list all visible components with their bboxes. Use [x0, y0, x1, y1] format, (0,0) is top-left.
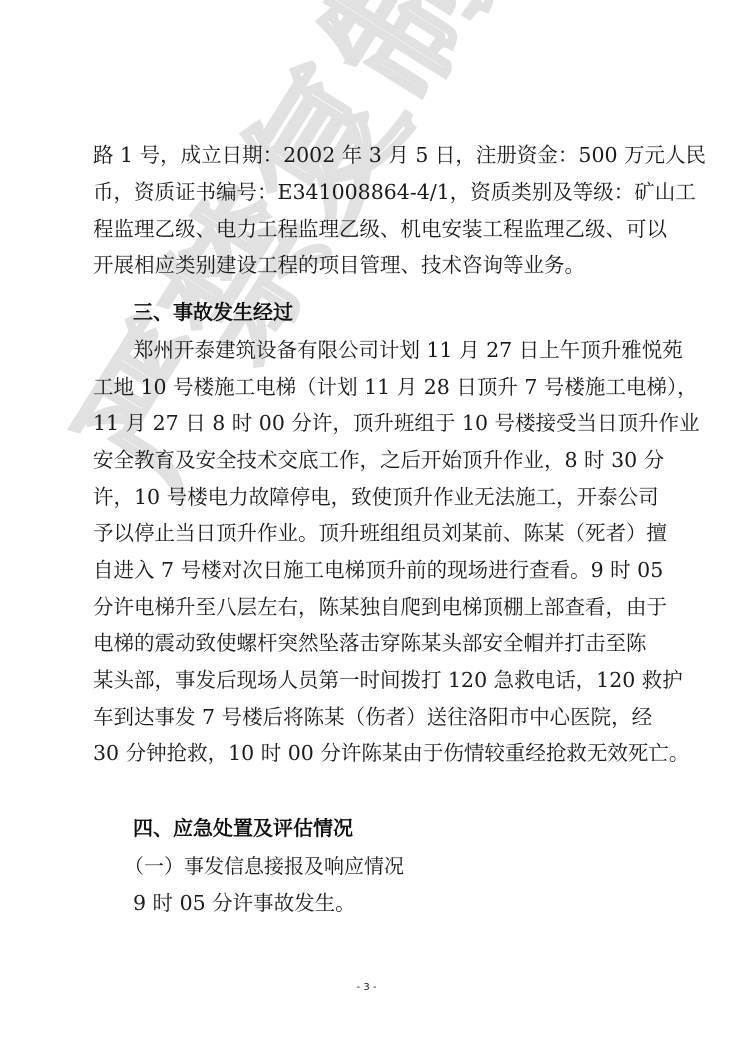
- paragraph-line: 自进入 7 号楼对次日施工电梯顶升前的现场进行查看。9 时 05: [93, 558, 643, 582]
- paragraph-line: 程监理乙级、电力工程监理乙级、机电安装工程监理乙级、可以: [93, 217, 643, 241]
- paragraph-line: 分许电梯升至八层左右，陈某独自爬到电梯顶棚上部查看，由于: [93, 595, 643, 619]
- subsection-heading-1: （一）事发信息接报及响应情况: [124, 854, 404, 878]
- paragraph-line: 予以停止当日顶升作业。顶升班组组员刘某前、陈某（死者）擅: [93, 521, 643, 545]
- paragraph-line: 许，10 号楼电力故障停电，致使顶升作业无法施工，开泰公司: [93, 485, 643, 509]
- section-heading-4: 四、应急处置及评估情况: [133, 816, 353, 840]
- paragraph-line: 安全教育及安全技术交底工作，之后开始顶升作业，8 时 30 分: [93, 448, 643, 472]
- paragraph-line: 工地 10 号楼施工电梯（计划 11 月 28 日顶升 7 号楼施工电梯），: [93, 375, 643, 399]
- paragraph-line: 9 时 05 分许事故发生。: [133, 891, 643, 915]
- paragraph-line: 车到达事发 7 号楼后将陈某（伤者）送往洛阳市中心医院，经: [93, 705, 643, 729]
- paragraph-line: 币，资质证书编号：E341008864-4/1，资质类别及等级：矿山工: [93, 180, 643, 204]
- paragraph-line: 11 月 27 日 8 时 00 分许，顶升班组于 10 号楼接受当日顶升作业: [93, 411, 643, 435]
- paragraph-line: 电梯的震动致使螺杆突然坠落击穿陈某头部安全帽并打击至陈: [93, 631, 643, 655]
- paragraph-line: 郑州开泰建筑设备有限公司计划 11 月 27 日上午顶升雅悦苑: [133, 338, 643, 362]
- paragraph-line: 某头部，事发后现场人员第一时间拨打 120 急救电话，120 救护: [93, 668, 643, 692]
- document-page: 严禁复制 路 1 号，成立日期：2002 年 3 月 5 日，注册资金：500 …: [0, 0, 733, 1039]
- paragraph-line: 开展相应类别建设工程的项目管理、技术咨询等业务。: [93, 253, 643, 277]
- paragraph-line: 30 分钟抢救，10 时 00 分许陈某由于伤情较重经抢救无效死亡。: [93, 741, 643, 765]
- page-number: - 3 -: [0, 982, 733, 993]
- section-heading-3: 三、事故发生经过: [133, 300, 293, 324]
- paragraph-line: 路 1 号，成立日期：2002 年 3 月 5 日，注册资金：500 万元人民: [93, 143, 643, 167]
